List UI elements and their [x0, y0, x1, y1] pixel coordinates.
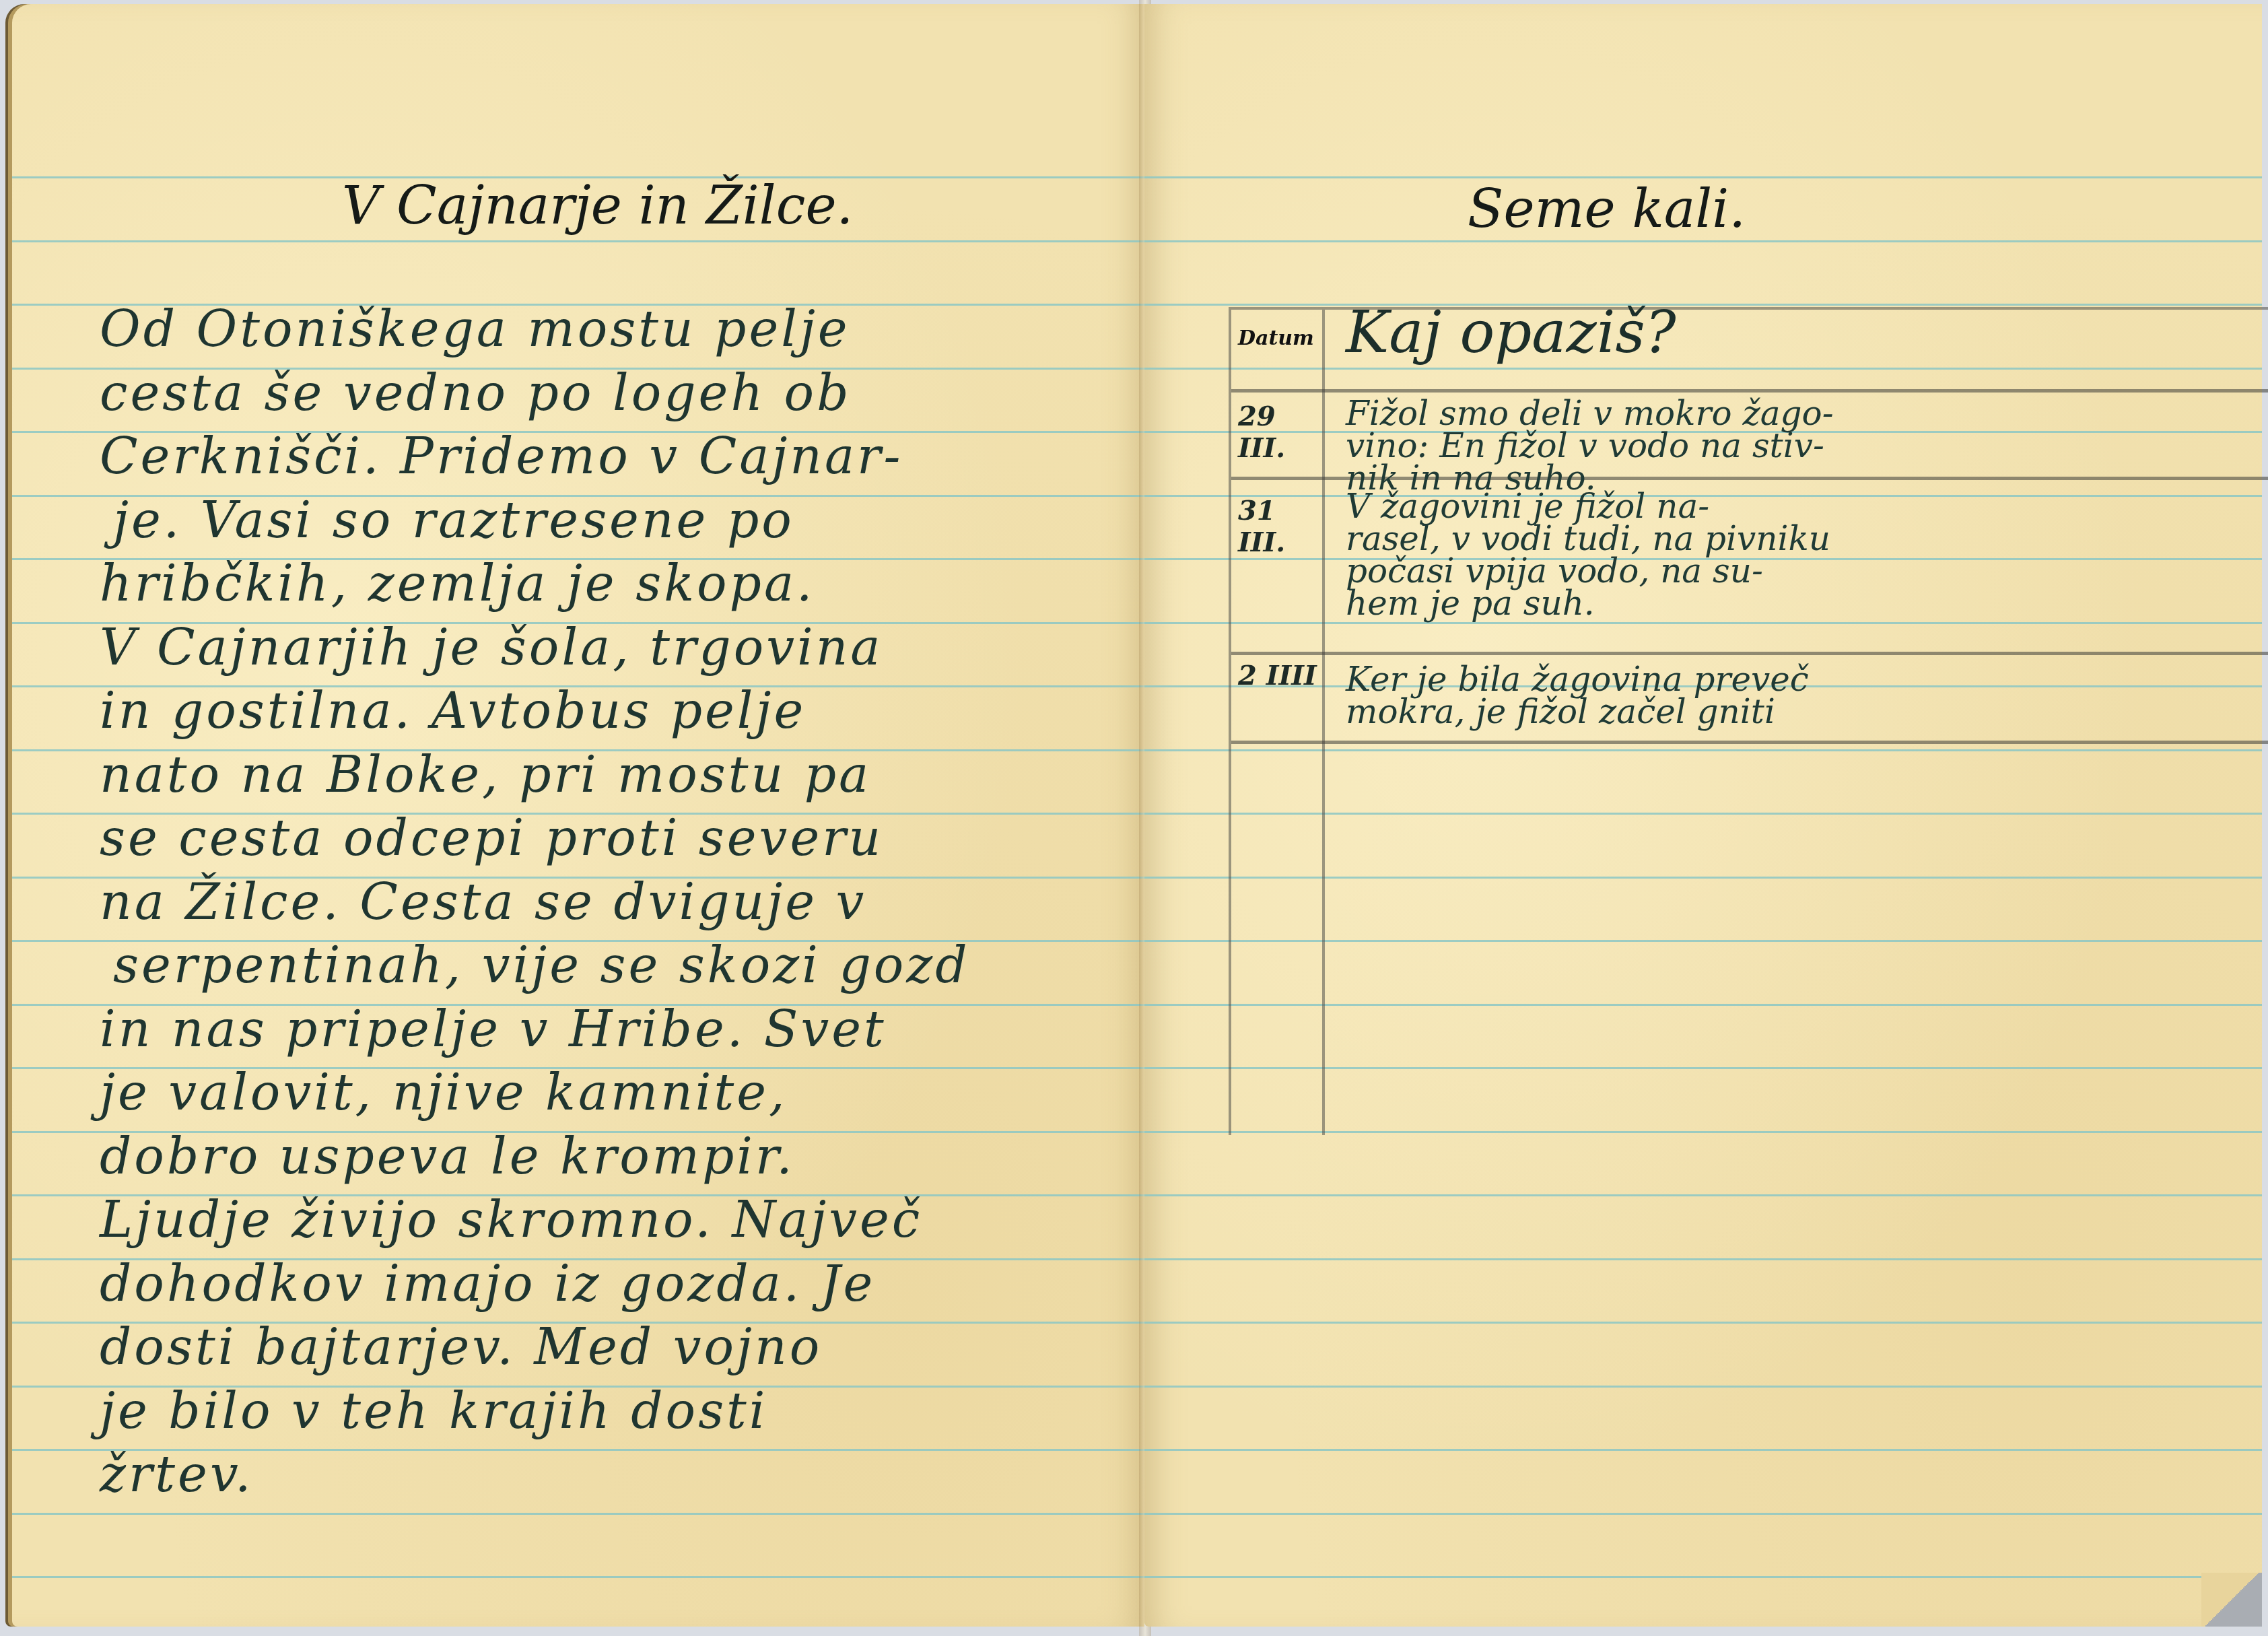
row-2-line-2: rasel, v vodi tudi, na pivniku — [1346, 522, 2120, 555]
row-3-line-1: Ker je bila žagovina prevеč — [1346, 663, 2120, 695]
header-question: Kaj opaziš? — [1346, 316, 2120, 349]
date-column-divider — [1322, 310, 1325, 1135]
body-line: in nas pripelje v Hribe. Svet — [100, 1000, 887, 1058]
body-line: in gostilna. Avtobus pelje — [100, 682, 806, 740]
header-row-divider — [1231, 389, 2268, 393]
row-1-date: 29 III. — [1238, 401, 1319, 464]
ruled-line — [12, 1576, 1144, 1578]
row-1-line-2: vino: En fižol v vodo na stiv- — [1346, 430, 2120, 462]
ruled-line — [1144, 240, 2262, 242]
body-line: na Žilce. Cesta se dviguje v — [100, 873, 866, 931]
body-line: cesta še vedno po logeh ob — [100, 364, 852, 422]
row-1-line-1: Fižol smo deli v mokro žago- — [1346, 397, 2120, 430]
body-line: je. Vasi so raztresene po — [113, 491, 794, 549]
ruled-line — [1144, 304, 2262, 306]
left-page: V Cajnarje in Žilce. Od Otoniškega mostu… — [12, 4, 1144, 1627]
ruled-line — [1144, 1322, 2262, 1324]
dog-eared-corner — [2201, 1573, 2262, 1627]
row-1-text: Fižol smo deli v mokro žago- vino: En fi… — [1346, 397, 2120, 494]
ruled-line — [1144, 176, 2262, 178]
ruled-line — [1144, 1513, 2262, 1515]
body-line: je bilo v teh krajih dosti — [100, 1382, 768, 1440]
body-line: dobro uspeva le krompir. — [100, 1128, 795, 1186]
body-line: dohodkov imajo iz gozda. Je — [100, 1255, 875, 1313]
row-2-date: 31 III. — [1238, 495, 1319, 558]
body-line: je valovit, njive kamnite, — [100, 1064, 788, 1122]
body-line: hribčkih, zemlja je skopa. — [100, 555, 815, 613]
body-line: V Cajnarjih je šola, trgovina — [100, 619, 883, 677]
row-3-text: Ker je bila žagovina prevеč mokra, je fi… — [1346, 663, 2120, 728]
row-2-line-1: V žagovini je fižol na- — [1346, 490, 2120, 522]
body-line: nato na Bloke, pri mostu pa — [100, 746, 871, 804]
ruled-line — [12, 240, 1144, 242]
ruled-line — [12, 1513, 1144, 1515]
open-notebook: V Cajnarje in Žilce. Od Otoniškega mostu… — [0, 0, 2268, 1636]
right-page-title: Seme kali. — [1468, 179, 1746, 240]
ruled-line — [1144, 1449, 2262, 1451]
body-line: se cesta odcepi proti severu — [100, 809, 883, 867]
left-page-title: V Cajnarje in Žilce. — [342, 176, 853, 236]
observation-table: Datum Kaj opaziš? 29 III. Fižol smo deli… — [1229, 307, 2268, 1135]
row-divider-2 — [1231, 652, 2268, 655]
row-2-text: V žagovini je fižol na- rasel, v vodi tu… — [1346, 490, 2120, 619]
ruled-line — [1144, 1386, 2262, 1388]
ruled-line — [1144, 1194, 2262, 1196]
body-line: Od Otoniškega mostu pelje — [100, 300, 850, 358]
ruled-line — [1144, 1258, 2262, 1260]
row-divider-3 — [1231, 741, 2268, 744]
row-2-line-3: počasi vpija vodo, na su- — [1346, 555, 2120, 587]
body-line: Cerknišči. Pridemo v Cajnar- — [100, 428, 903, 485]
body-line: žrtev. — [100, 1445, 253, 1503]
right-page: Seme kali. Datum Kaj opaziš? 29 III. Fiž… — [1144, 4, 2262, 1627]
row-3-date: 2 IIII — [1238, 660, 1319, 691]
ruled-line — [1144, 1576, 2262, 1578]
row-2-line-4: hem je pa suh. — [1346, 587, 2120, 619]
body-line: Ljudje živijo skromno. Največ — [100, 1191, 922, 1249]
row-3-line-2: mokra, je fižol začel gniti — [1346, 695, 2120, 728]
body-line: dosti bajtarjev. Med vojno — [100, 1318, 822, 1376]
body-line: serpentinah, vije se skozi gozd — [113, 936, 970, 994]
header-date: Datum — [1238, 327, 1319, 350]
